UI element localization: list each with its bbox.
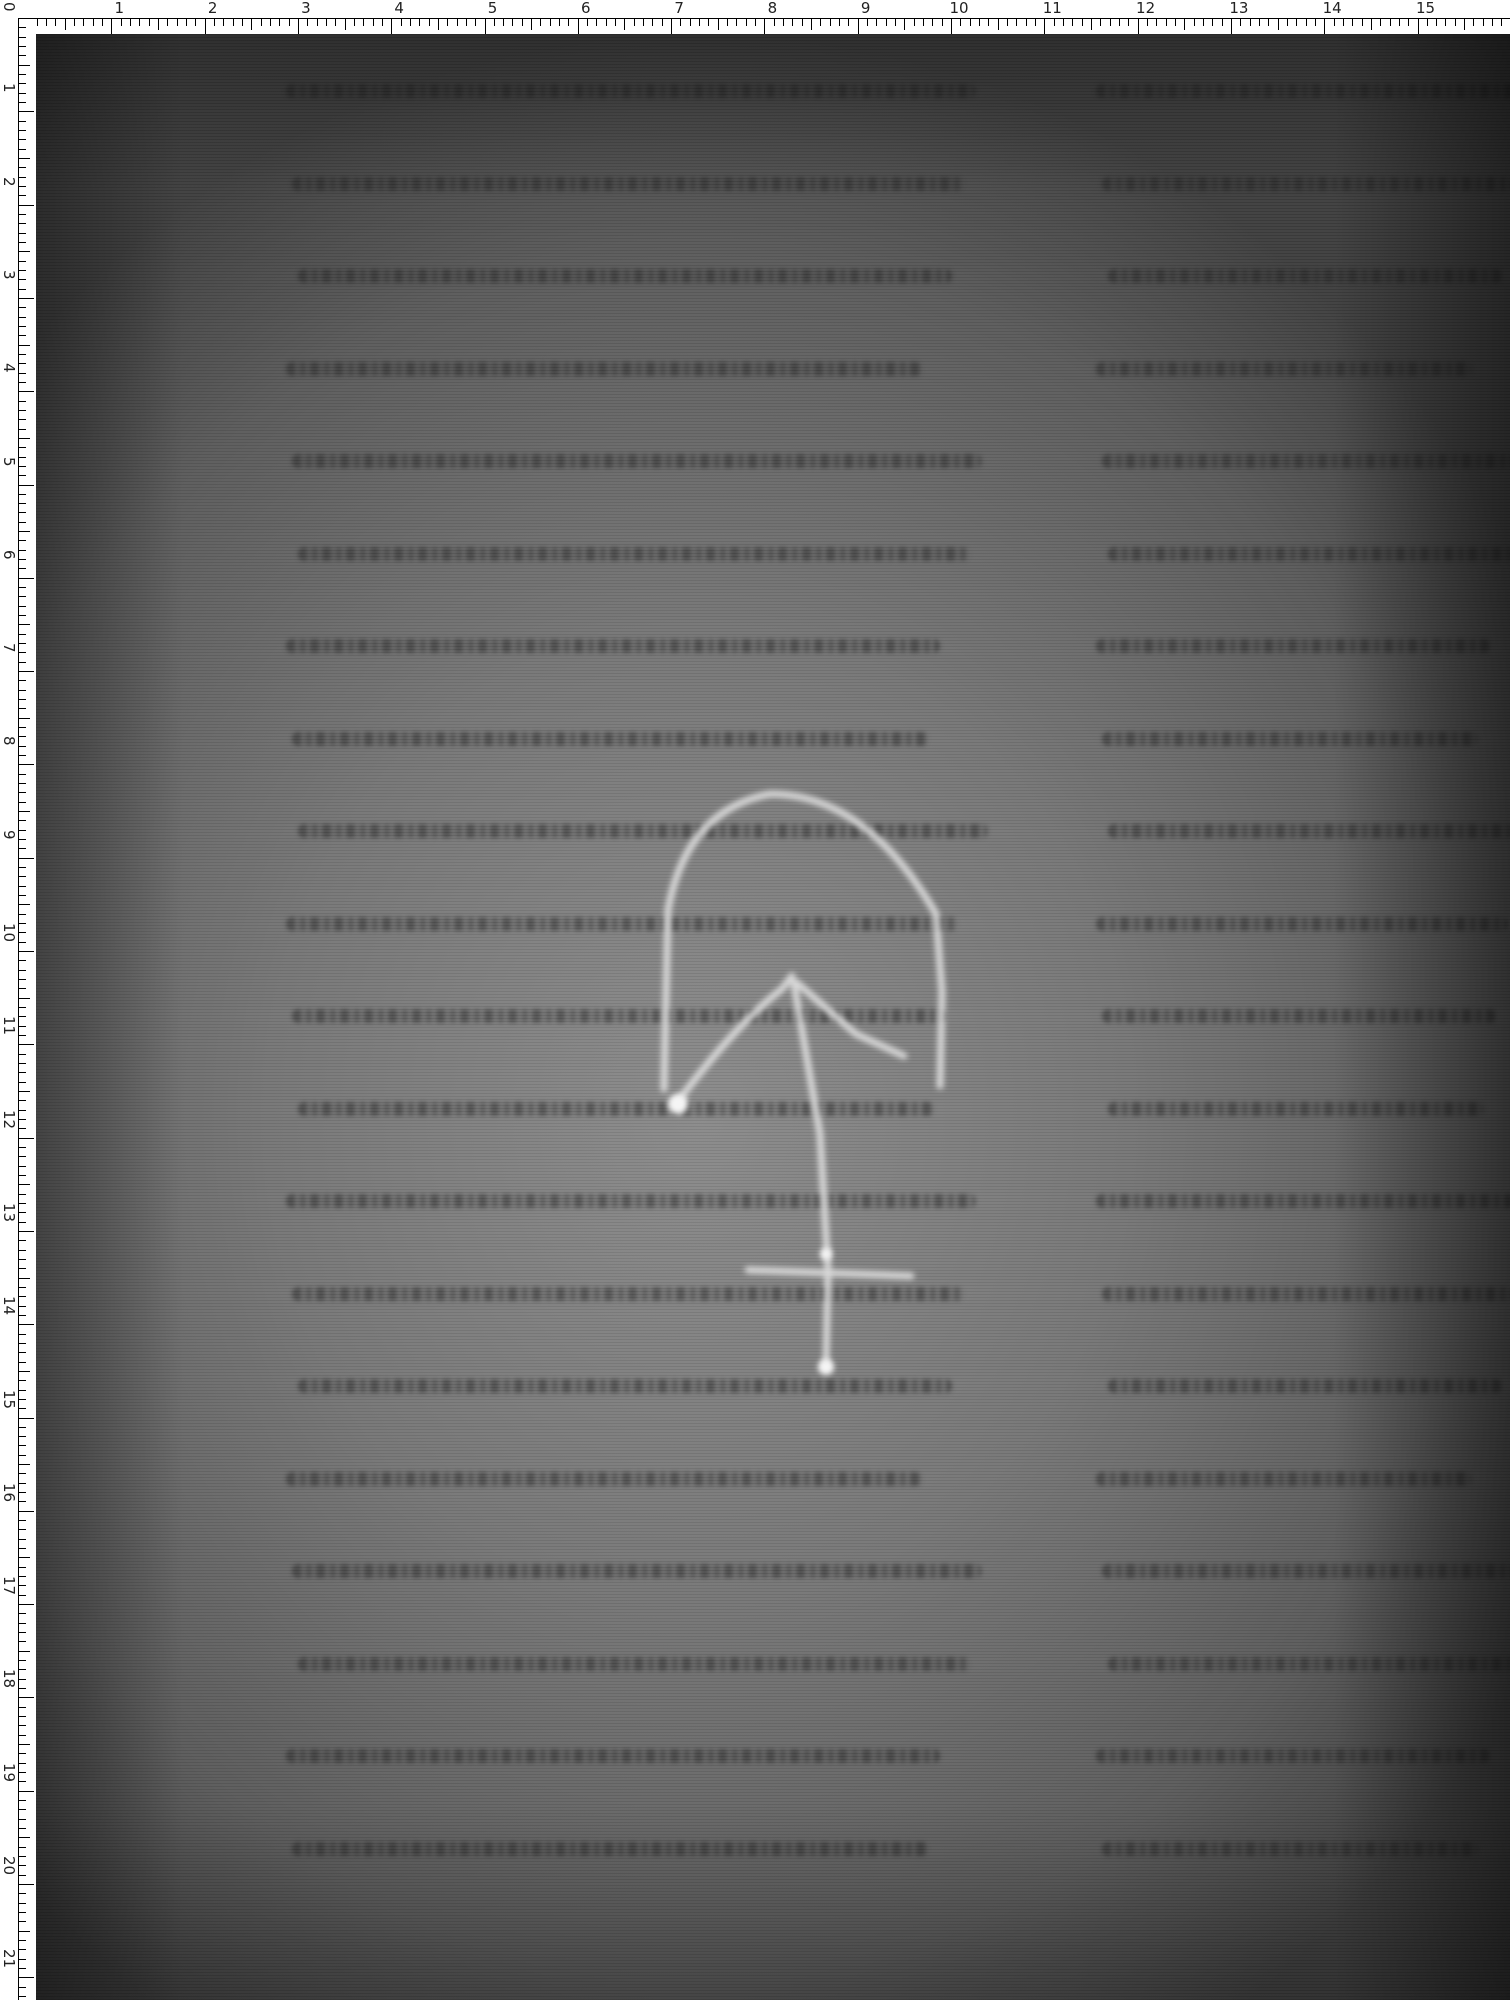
ruler-tick [1100, 19, 1101, 26]
ruler-tick [19, 167, 26, 168]
ruler-tick [19, 1138, 34, 1139]
ruler-tick [19, 774, 26, 775]
ruler-tick [1222, 19, 1223, 26]
ruler-tick [19, 391, 34, 392]
ruler-tick [223, 19, 224, 26]
ruler-tick [19, 279, 26, 280]
ruler-tick [19, 652, 26, 653]
ruler-tick [251, 19, 252, 30]
overwritten-symbol-icon [36, 34, 1510, 2000]
ruler-tick [1035, 19, 1036, 26]
ruler-tick [19, 914, 26, 915]
ruler-tick [19, 438, 30, 439]
ruler-tick [19, 345, 30, 346]
ruler-tick [83, 19, 84, 26]
ruler-tick [93, 19, 94, 26]
ruler-tick [19, 1576, 26, 1577]
ruler-tick [19, 606, 26, 607]
ruler-tick [19, 792, 26, 793]
ruler-tick [1315, 19, 1316, 26]
ruler-tick [19, 1791, 34, 1792]
ruler-tick [19, 1548, 26, 1549]
ruler-tick [1371, 19, 1372, 30]
ruler-tick [158, 19, 159, 30]
ruler-tick [298, 19, 299, 34]
ruler-tick [512, 19, 513, 26]
ruler-tick [19, 1520, 26, 1521]
ruler-tick [19, 1893, 26, 1894]
ruler-label: 18 [1, 1669, 17, 1688]
ruler-tick [19, 1903, 26, 1904]
ruler-tick [19, 662, 26, 663]
ruler-tick [19, 1744, 30, 1745]
ruler-label: 7 [1, 643, 17, 653]
ruler-tick [755, 19, 756, 26]
ruler-label: 1 [115, 0, 125, 16]
ruler-tick [139, 19, 140, 26]
ruler-tick [19, 1147, 26, 1148]
ruler-tick [19, 1399, 26, 1400]
ruler-label: 7 [674, 0, 684, 16]
ruler-tick [960, 19, 961, 26]
ruler-tick [951, 19, 952, 34]
ruler-tick [19, 1735, 26, 1736]
ruler-tick [1287, 19, 1288, 26]
ruler-tick [19, 1800, 26, 1801]
ruler-tick [792, 19, 793, 26]
ruler-tick [19, 1054, 26, 1055]
ruler-label: 12 [1, 1110, 17, 1129]
ruler-tick [19, 1651, 30, 1652]
ruler-tick [19, 615, 26, 616]
ruler-tick [19, 699, 26, 700]
ruler-tick [19, 457, 26, 458]
ruler-label: 4 [1, 363, 17, 373]
ruler-tick [19, 755, 26, 756]
ruler-tick [19, 634, 26, 635]
ruler-tick [19, 1697, 34, 1698]
ruler-tick [19, 1511, 34, 1512]
ruler-tick [19, 848, 26, 849]
ruler-label: 8 [1, 736, 17, 746]
ruler-tick [19, 205, 34, 206]
ruler-tick [279, 19, 280, 26]
ruler-tick [19, 83, 26, 84]
ruler-tick [1194, 19, 1195, 26]
ruler-label: 8 [768, 0, 778, 16]
ruler-tick [596, 19, 597, 26]
ruler-tick [19, 895, 26, 896]
ruler-tick [19, 1837, 30, 1838]
ruler-tick [19, 932, 26, 933]
ruler-tick [1128, 19, 1129, 26]
ruler-tick [19, 624, 30, 625]
ruler-tick [830, 19, 831, 26]
ruler-tick [1352, 19, 1353, 26]
ruler-tick [19, 1604, 34, 1605]
ruler-tick [19, 998, 30, 999]
ruler-tick [19, 876, 26, 877]
ruler-tick [19, 1362, 26, 1363]
ruler-tick [1473, 19, 1474, 26]
ruler-tick [261, 19, 262, 26]
ruler-tick [19, 886, 26, 887]
ruler-tick [19, 354, 26, 355]
ruler-tick [1184, 19, 1185, 30]
ruler-label: 6 [1, 550, 17, 560]
ruler-tick [19, 1763, 26, 1764]
ruler-tick [19, 1380, 26, 1381]
ruler-tick [736, 19, 737, 26]
ruler-tick [19, 46, 26, 47]
ruler-tick [19, 186, 26, 187]
ruler-tick [1259, 19, 1260, 26]
ruler-tick [550, 19, 551, 26]
ruler-tick [662, 19, 663, 26]
ruler-tick [19, 1007, 26, 1008]
ruler-tick [19, 1334, 26, 1335]
ruler-tick [19, 1949, 26, 1950]
ruler-tick [19, 1278, 30, 1279]
ruler-tick [19, 466, 26, 467]
ruler-label: 3 [1, 270, 17, 280]
ruler-tick [1362, 19, 1363, 26]
ruler-tick [19, 643, 26, 644]
ruler-tick [531, 19, 532, 30]
ruler-tick [19, 307, 26, 308]
ruler-label: 14 [1, 1296, 17, 1315]
ruler-tick [19, 1865, 26, 1866]
ruler-baseline [18, 18, 19, 2000]
ruler-tick [503, 19, 504, 26]
ruler-tick [1501, 19, 1502, 26]
ruler-tick [19, 1082, 26, 1083]
ruler-tick [1455, 19, 1456, 26]
ruler-tick [746, 19, 747, 26]
ruler-tick [923, 19, 924, 26]
ruler-tick [1408, 19, 1409, 26]
ruler-tick [19, 1809, 26, 1810]
ruler-label: 15 [1, 1390, 17, 1409]
horizontal-ruler: 01234567891011121314151 [0, 0, 1510, 34]
ruler-tick [19, 1688, 26, 1689]
ruler-tick [195, 19, 196, 26]
ruler-tick [19, 568, 26, 569]
ruler-tick [1445, 19, 1446, 26]
ruler-tick [130, 19, 131, 26]
ruler-tick [19, 298, 34, 299]
ruler-tick [186, 19, 187, 26]
ruler-tick [19, 1781, 26, 1782]
ruler-tick [419, 19, 420, 26]
ruler-tick [19, 1352, 26, 1353]
ruler-tick [19, 988, 26, 989]
ruler-tick [998, 19, 999, 30]
ruler-tick [19, 1931, 30, 1932]
ruler-tick [19, 1856, 26, 1857]
ruler-tick [19, 503, 26, 504]
ruler-tick [19, 401, 26, 402]
ruler-tick [671, 19, 672, 34]
ruler-tick [19, 1753, 26, 1754]
ruler-tick [540, 19, 541, 26]
ruler-tick [19, 1707, 26, 1708]
ruler-tick [988, 19, 989, 26]
ruler-tick [19, 1483, 26, 1484]
ruler-tick [19, 1100, 26, 1101]
ruler-tick [634, 19, 635, 26]
ruler-tick [1156, 19, 1157, 26]
ruler-tick [177, 19, 178, 26]
ruler-tick [19, 1296, 26, 1297]
ruler-tick [19, 1492, 26, 1493]
ruler-tick [233, 19, 234, 26]
ruler-label: 14 [1323, 0, 1342, 16]
ruler-tick [699, 19, 700, 26]
ruler-tick [19, 74, 26, 75]
ruler-tick [914, 19, 915, 26]
ruler-tick [1436, 19, 1437, 26]
ruler-tick [19, 1427, 26, 1428]
ruler-tick [19, 671, 34, 672]
ruler-tick [19, 1959, 26, 1960]
ruler-tick [19, 1259, 26, 1260]
ruler-tick [19, 839, 26, 840]
ruler-tick [19, 1473, 26, 1474]
ruler-tick [568, 19, 569, 26]
ruler-tick [1110, 19, 1111, 26]
ruler-tick [373, 19, 374, 26]
ruler-tick [19, 1166, 26, 1167]
ruler-tick [410, 19, 411, 26]
ruler-tick [932, 19, 933, 26]
ruler-tick [19, 1436, 26, 1437]
ruler-tick [363, 19, 364, 26]
ruler-tick [19, 289, 26, 290]
ruler-tick [19, 1641, 26, 1642]
ruler-tick [447, 19, 448, 26]
ruler-tick [1240, 19, 1241, 26]
ruler-label: 20 [1, 1856, 17, 1875]
ruler-label: 16 [1, 1483, 17, 1502]
ruler-tick [19, 1156, 26, 1157]
ruler-tick [19, 1343, 26, 1344]
ruler-tick [895, 19, 896, 26]
ruler-tick [65, 19, 66, 30]
ruler-tick [345, 19, 346, 30]
ruler-tick [1334, 19, 1335, 26]
ruler-tick [19, 1044, 34, 1045]
ruler-label: 4 [394, 0, 404, 16]
ruler-tick [19, 1203, 26, 1204]
ruler-tick [19, 1175, 26, 1176]
ruler-label: 0 [1, 2, 17, 12]
ruler-label: 17 [1, 1576, 17, 1595]
ruler-tick [19, 1940, 26, 1941]
ruler-tick [19, 1287, 26, 1288]
ruler-tick [1203, 19, 1204, 26]
ruler-tick [19, 1912, 26, 1913]
ruler-tick [19, 867, 26, 868]
ruler-label: 6 [581, 0, 591, 16]
ruler-label: 9 [861, 0, 871, 16]
ruler-tick [876, 19, 877, 26]
ruler-tick [718, 19, 719, 30]
ruler-tick [475, 19, 476, 26]
ruler-tick [1343, 19, 1344, 26]
ruler-tick [19, 475, 26, 476]
ruler-tick [783, 19, 784, 26]
ruler-tick [19, 904, 30, 905]
ruler-tick [19, 1669, 26, 1670]
ruler-tick [587, 19, 588, 26]
ruler-tick [624, 19, 625, 30]
ruler-tick [19, 335, 26, 336]
ruler-label: 12 [1136, 0, 1155, 16]
ruler-tick [19, 410, 26, 411]
ruler-tick [19, 951, 34, 952]
ruler-tick [19, 93, 26, 94]
ruler-tick [727, 19, 728, 26]
ruler-tick [19, 578, 34, 579]
ruler-tick [19, 1072, 26, 1073]
ruler-tick [19, 1091, 30, 1092]
ruler-tick [802, 19, 803, 26]
ruler-tick [774, 19, 775, 26]
ruler-tick [102, 19, 103, 26]
ruler-tick [1278, 19, 1279, 30]
ruler-tick [19, 1968, 26, 1969]
ruler-tick [1296, 19, 1297, 26]
ruler-tick [1306, 19, 1307, 26]
ruler-tick [979, 19, 980, 26]
ruler-tick [19, 1660, 26, 1661]
ruler-label: 11 [1043, 0, 1062, 16]
ruler-tick [19, 18, 34, 19]
ruler-tick [242, 19, 243, 26]
ruler-tick [19, 1987, 26, 1988]
ruler-tick [690, 19, 691, 26]
ruler-tick [19, 923, 26, 924]
ruler-tick [19, 1128, 26, 1129]
ruler-tick [19, 55, 26, 56]
ruler-tick [615, 19, 616, 26]
ruler-tick [19, 1110, 26, 1111]
ruler-tick [19, 1306, 26, 1307]
ruler-tick [522, 19, 523, 26]
ruler-label: 13 [1229, 0, 1248, 16]
ruler-tick [19, 1119, 26, 1120]
ruler-tick [19, 1501, 26, 1502]
ruler-tick [19, 1445, 26, 1446]
ruler-tick [205, 19, 206, 34]
ruler-tick [708, 19, 709, 26]
ruler-tick [1380, 19, 1381, 26]
ruler-tick [19, 1324, 34, 1325]
ruler-tick [19, 1212, 26, 1213]
ruler-tick [19, 494, 26, 495]
ruler-label: 19 [1, 1763, 17, 1782]
ruler-tick [19, 139, 26, 140]
ruler-tick [19, 1539, 26, 1540]
ruler-tick [19, 1529, 26, 1530]
ruler-tick [19, 550, 26, 551]
ruler-tick [19, 382, 26, 383]
ruler-tick [307, 19, 308, 26]
ruler-tick [19, 1026, 26, 1027]
ruler-tick [1016, 19, 1017, 26]
ruler-tick [19, 708, 26, 709]
ruler-tick [820, 19, 821, 26]
ruler-tick [19, 37, 26, 38]
vertical-ruler: 0123456789101112131415161718192021 [0, 0, 34, 2000]
manuscript-scan [36, 34, 1510, 2000]
ruler-tick [764, 19, 765, 34]
ruler-tick [867, 19, 868, 26]
ruler-tick [19, 65, 30, 66]
ruler-tick [19, 1184, 30, 1185]
ruler-tick [19, 177, 26, 178]
ruler-tick [19, 764, 34, 765]
ruler-tick [19, 326, 26, 327]
ruler-tick [1427, 19, 1428, 26]
ruler-tick [19, 746, 26, 747]
ruler-tick [19, 858, 34, 859]
ruler-tick [335, 19, 336, 26]
ruler-tick [942, 19, 943, 26]
ruler-tick [19, 1977, 34, 1978]
ruler-tick [19, 559, 26, 560]
ruler-label: 1 [1, 83, 17, 93]
ruler-tick [354, 19, 355, 26]
ruler-tick [1483, 19, 1484, 26]
ruler-tick [19, 802, 26, 803]
ruler-tick [643, 19, 644, 26]
ruler-tick [19, 1613, 26, 1614]
ruler-tick [652, 19, 653, 26]
ruler-label: 3 [301, 0, 311, 16]
ruler-tick [1464, 19, 1465, 30]
ruler-tick [457, 19, 458, 26]
ruler-tick [19, 1772, 26, 1773]
ruler-tick [1324, 19, 1325, 34]
ruler-tick [19, 195, 26, 196]
ruler-tick [1166, 19, 1167, 26]
ruler-tick [19, 429, 26, 430]
ruler-tick [19, 1268, 26, 1269]
ruler-tick [1390, 19, 1391, 26]
ruler-tick [19, 242, 26, 243]
ruler-tick [19, 540, 26, 541]
ruler-tick [19, 1819, 26, 1820]
ruler-tick [970, 19, 971, 26]
ruler-tick [19, 317, 26, 318]
ruler-tick [19, 1725, 26, 1726]
ruler-tick [1044, 19, 1045, 34]
ruler-tick [1054, 19, 1055, 26]
ruler-tick [19, 1231, 34, 1232]
ruler-tick [19, 1595, 26, 1596]
ruler-label: 15 [1416, 0, 1435, 16]
ruler-tick [848, 19, 849, 26]
ruler-tick [1268, 19, 1269, 26]
ruler-tick [1091, 19, 1092, 30]
ruler-tick [19, 1679, 26, 1680]
ruler-tick [19, 27, 26, 28]
ruler-tick [214, 19, 215, 26]
ruler-tick [74, 19, 75, 26]
ruler-label: 13 [1, 1203, 17, 1222]
